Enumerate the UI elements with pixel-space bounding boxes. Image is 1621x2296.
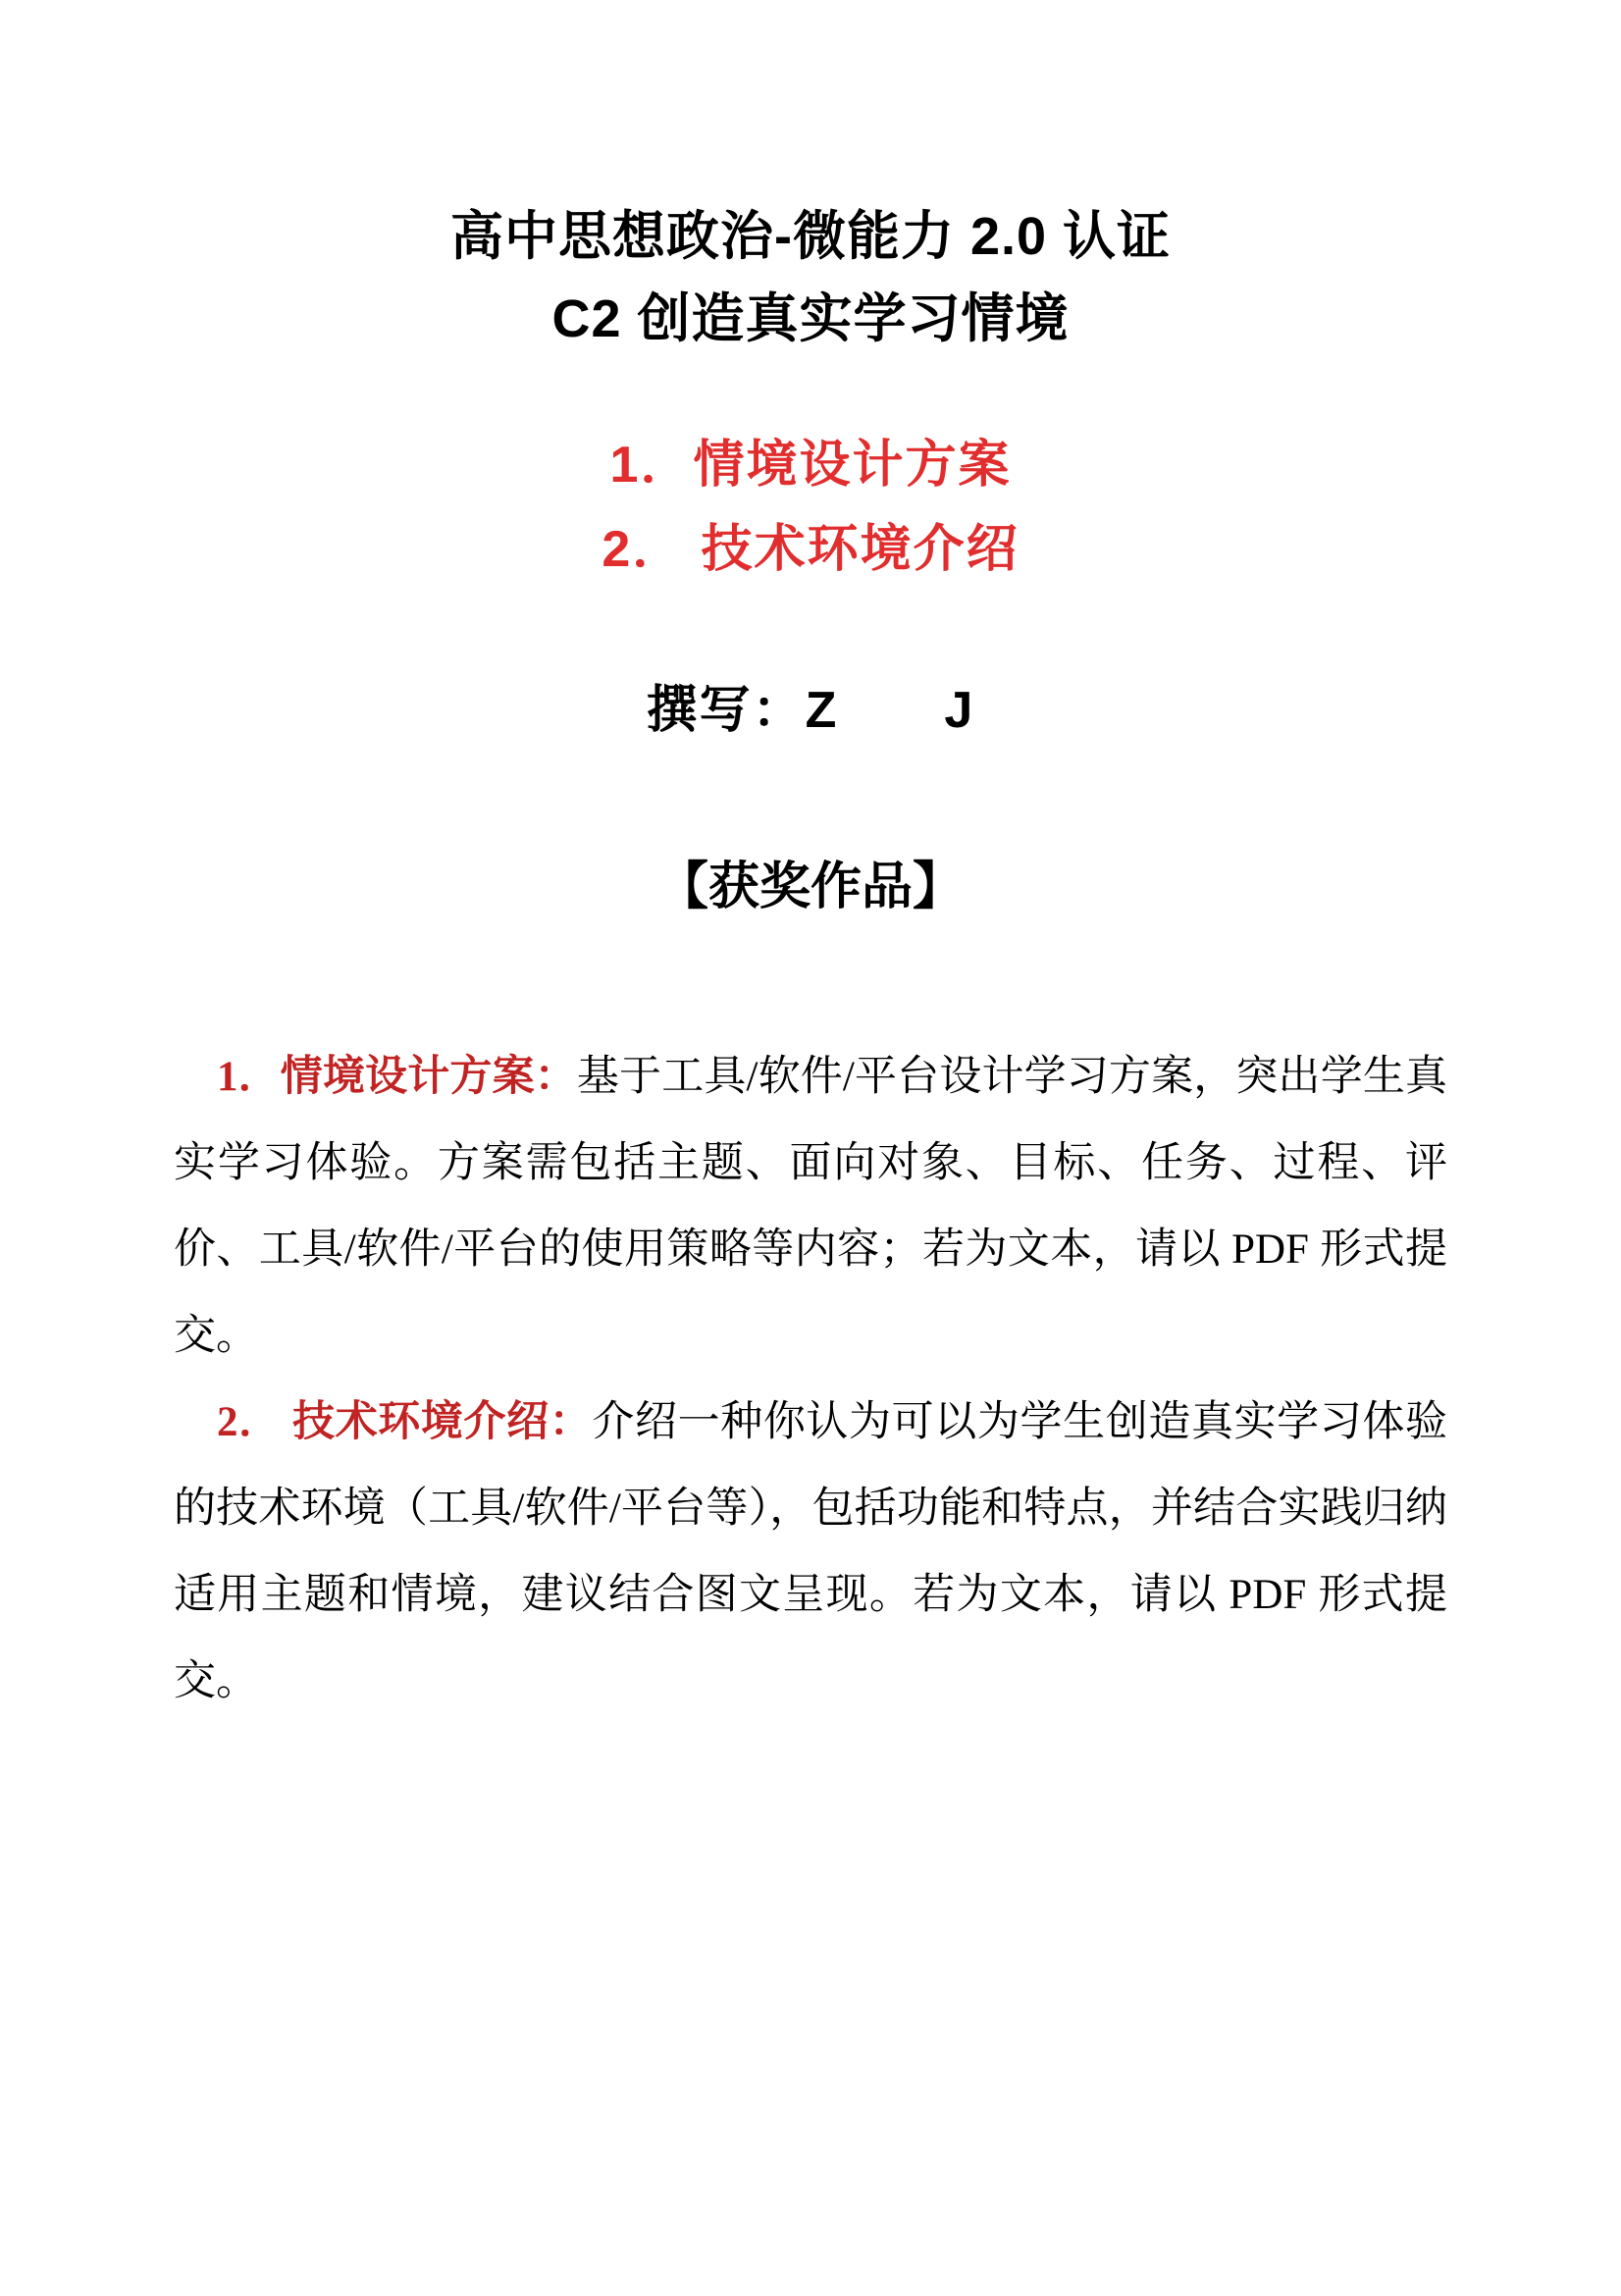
document-subtitle: C2 创造真实学习情境	[174, 288, 1447, 349]
paragraph-1: 1．情境设计方案：基于工具/软件/平台设计学习方案，突出学生真实学习体验。方案需…	[174, 1034, 1447, 1380]
paragraph-2-label: 2． 技术环境介绍：	[217, 1399, 592, 1445]
paragraph-2: 2． 技术环境介绍：介绍一种你认为可以为学生创造真实学习体验的技术环境（工具/软…	[174, 1380, 1447, 1725]
document-title: 高中思想政治-微能力 2.0 认证	[174, 0, 1447, 267]
document-body: 1．情境设计方案：基于工具/软件/平台设计学习方案，突出学生真实学习体验。方案需…	[174, 1034, 1447, 1725]
award-label: 【获奖作品】	[174, 858, 1447, 916]
document-page: 高中思想政治-微能力 2.0 认证 C2 创造真实学习情境 1．情境设计方案 2…	[0, 0, 1621, 2296]
toc-item-2: 2． 技术环境介绍	[174, 520, 1447, 579]
author-line: 撰写：Z J	[174, 681, 1447, 740]
toc-item-1: 1．情境设计方案	[174, 436, 1447, 495]
paragraph-1-label: 1．情境设计方案：	[217, 1054, 577, 1100]
